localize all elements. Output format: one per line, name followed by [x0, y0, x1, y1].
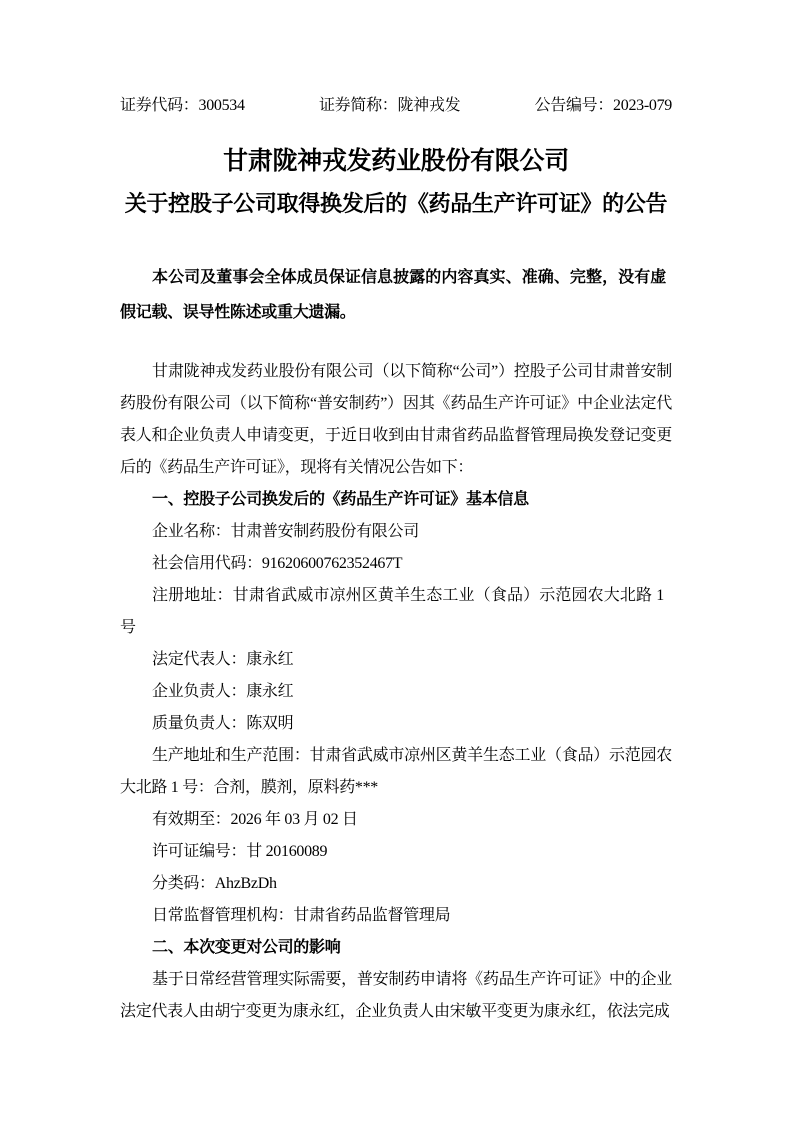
- section2-paragraph: 基于日常经营管理实际需要，普安制药申请将《药品生产许可证》中的企业法定代表人由胡…: [120, 964, 672, 1028]
- license-info-item: 企业负责人：康永红: [120, 676, 672, 708]
- section1-heading: 一、控股子公司换发后的《药品生产许可证》基本信息: [120, 484, 672, 516]
- license-info-item: 质量负责人：陈双明: [120, 708, 672, 740]
- license-info-list: 企业名称：甘肃普安制药股份有限公司社会信用代码：9162060076235246…: [120, 516, 672, 932]
- license-info-item: 社会信用代码：91620600762352467T: [120, 548, 672, 580]
- section2-heading: 二、本次变更对公司的影响: [120, 932, 672, 964]
- license-info-item: 许可证编号：甘 20160089: [120, 836, 672, 868]
- company-name-title: 甘肃陇神戎发药业股份有限公司: [120, 146, 672, 178]
- license-info-item: 企业名称：甘肃普安制药股份有限公司: [120, 516, 672, 548]
- license-info-item: 法定代表人：康永红: [120, 644, 672, 676]
- stock-code: 证券代码：300534: [120, 95, 245, 116]
- license-info-item: 有效期至：2026 年 03 月 02 日: [120, 804, 672, 836]
- license-info-item: 日常监督管理机构：甘肃省药品监督管理局: [120, 900, 672, 932]
- license-info-item: 注册地址：甘肃省武威市凉州区黄羊生态工业（食品）示范园农大北路 1 号: [120, 580, 672, 644]
- intro-paragraph: 甘肃陇神戎发药业股份有限公司（以下简称“公司”）控股子公司甘肃普安制药股份有限公…: [120, 356, 672, 484]
- license-info-item: 分类码：AhzBzDh: [120, 868, 672, 900]
- license-info-item: 生产地址和生产范围：甘肃省武威市凉州区黄羊生态工业（食品）示范园农大北路 1 号…: [120, 740, 672, 804]
- announcement-number: 公告编号：2023-079: [535, 95, 672, 116]
- announcement-title: 关于控股子公司取得换发后的《药品生产许可证》的公告: [120, 188, 672, 220]
- stock-abbreviation: 证券简称：陇神戎发: [319, 95, 460, 116]
- document-page: 证券代码：300534 证券简称：陇神戎发 公告编号：2023-079 甘肃陇神…: [0, 0, 793, 1122]
- board-assurance-statement: 本公司及董事会全体成员保证信息披露的内容真实、准确、完整，没有虚假记载、误导性陈…: [120, 260, 672, 330]
- document-header: 证券代码：300534 证券简称：陇神戎发 公告编号：2023-079: [120, 95, 672, 116]
